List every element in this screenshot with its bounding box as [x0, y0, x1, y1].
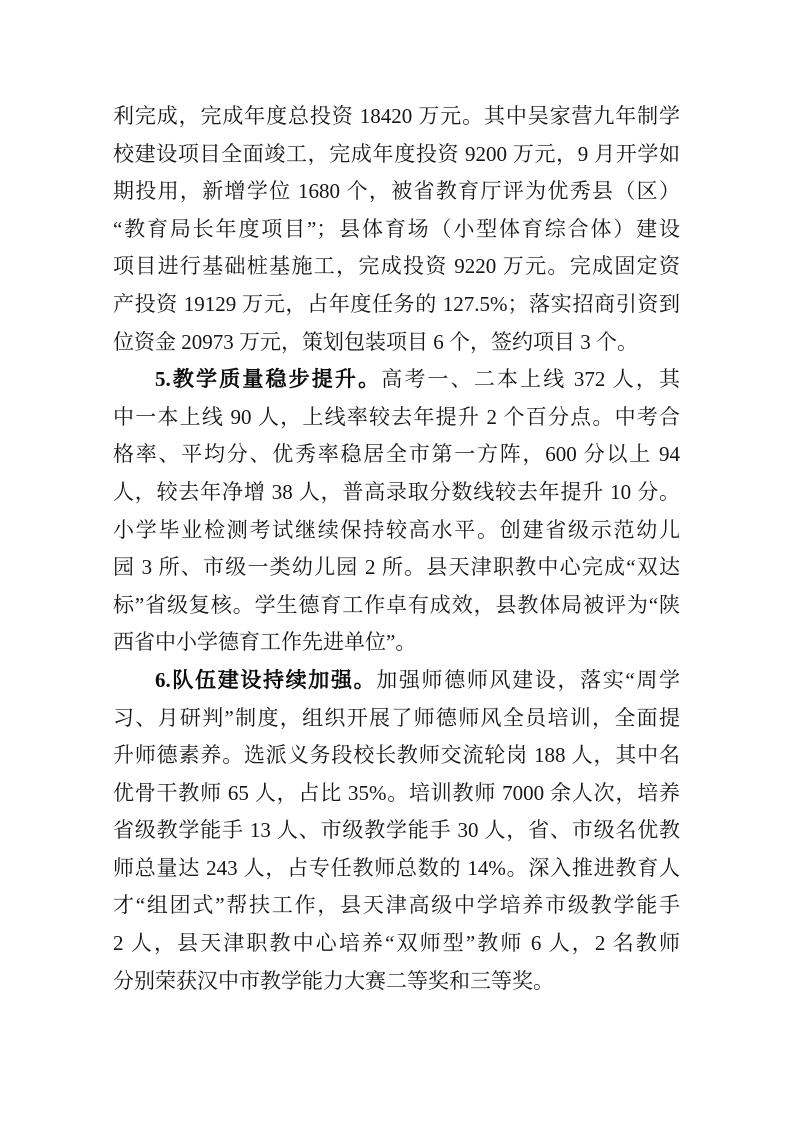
text-line: 升师德素养。选派义务段校长教师交流轮岗 188 人，其中名 [113, 737, 680, 775]
text-line: 才“组团式”帮扶工作，县天津高级中学培养市级教学能手 [113, 887, 680, 925]
text-line: 期投用，新增学位 1680 个，被省教育厅评为优秀县（区） [113, 173, 680, 211]
text-line: 分别荣获汉中市教学能力大赛二等奖和三等奖。 [113, 963, 680, 1001]
section-heading: 5.教学质量稳步提升。 [155, 367, 381, 391]
page-body: 利完成，完成年度总投资 18420 万元。其中吴家营九年制学校建设项目全面竣工，… [113, 98, 680, 1000]
text-line: 习、月研判”制度，组织开展了师德师风全员培训，全面提 [113, 700, 680, 738]
text-line: 项目进行基础桩基施工，完成投资 9220 万元。完成固定资 [113, 248, 680, 286]
text-line: 标”省级复核。学生德育工作卓有成效，县教体局被评为“陕 [113, 587, 680, 625]
paragraph-investment-continuation: 利完成，完成年度总投资 18420 万元。其中吴家营九年制学校建设项目全面竣工，… [113, 98, 680, 361]
text-line: 位资金 20973 万元，策划包装项目 6 个，签约项目 3 个。 [113, 324, 680, 362]
text-line: 2 人，县天津职教中心培养“双师型”教师 6 人，2 名教师 [113, 925, 680, 963]
document-page: 利完成，完成年度总投资 18420 万元。其中吴家营九年制学校建设项目全面竣工，… [0, 0, 793, 1122]
text-line: 利完成，完成年度总投资 18420 万元。其中吴家营九年制学 [113, 98, 680, 136]
section-heading: 6.队伍建设持续加强。 [155, 668, 376, 692]
text-line: 人，较去年净增 38 人，普高录取分数线较去年提升 10 分。 [113, 474, 680, 512]
text-line: 优骨干教师 65 人，占比 35%。培训教师 7000 余人次，培养 [113, 775, 680, 813]
text-line: 6.队伍建设持续加强。加强师德师风建设，落实“周学 [113, 662, 680, 700]
text-line: 小学毕业检测考试继续保持较高水平。创建省级示范幼儿 [113, 512, 680, 550]
text-line: 省级教学能手 13 人、市级教学能手 30 人，省、市级名优教 [113, 812, 680, 850]
paragraph-section-6-team-building: 6.队伍建设持续加强。加强师德师风建设，落实“周学习、月研判”制度，组织开展了师… [113, 662, 680, 1000]
text-line: 中一本上线 90 人，上线率较去年提升 2 个百分点。中考合 [113, 399, 680, 437]
text-line: 格率、平均分、优秀率稳居全市第一方阵，600 分以上 94 [113, 436, 680, 474]
text-line: “教育局长年度项目”；县体育场（小型体育综合体）建设 [113, 211, 680, 249]
text-line: 校建设项目全面竣工，完成年度投资 9200 万元，9 月开学如 [113, 136, 680, 174]
text-line: 5.教学质量稳步提升。高考一、二本上线 372 人，其 [113, 361, 680, 399]
text-line: 产投资 19129 万元，占年度任务的 127.5%；落实招商引资到 [113, 286, 680, 324]
text-line: 园 3 所、市级一类幼儿园 2 所。县天津职教中心完成“双达 [113, 549, 680, 587]
paragraph-section-5-teaching-quality: 5.教学质量稳步提升。高考一、二本上线 372 人，其中一本上线 90 人，上线… [113, 361, 680, 662]
text-line: 师总量达 243 人，占专任教师总数的 14%。深入推进教育人 [113, 850, 680, 888]
text-line: 西省中小学德育工作先进单位”。 [113, 624, 680, 662]
